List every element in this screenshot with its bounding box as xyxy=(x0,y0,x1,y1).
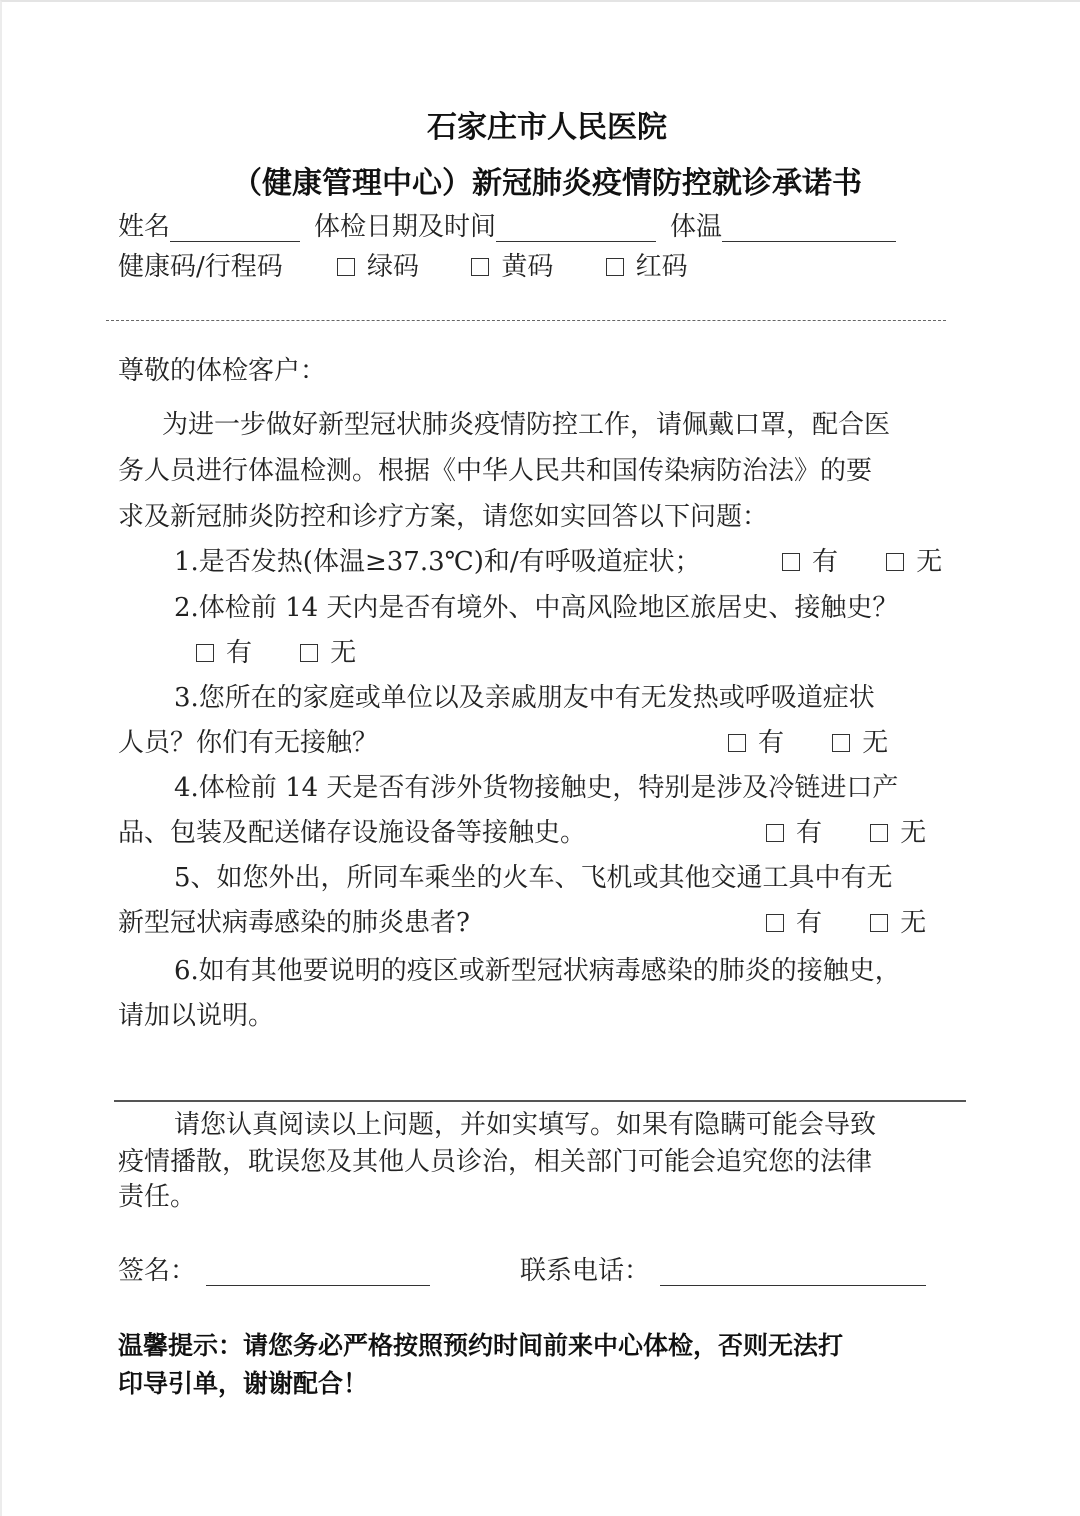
warning-line-2: 疫情播散，耽误您及其他人员诊治，相关部门可能会追究您的法律 xyxy=(118,1147,872,1177)
intro-line-3: 求及新冠肺炎防控和诊疗方案，请您如实回答以下问题： xyxy=(118,502,768,532)
name-label: 姓名 xyxy=(118,212,170,242)
question-3-line-2: 人员？你们有无接触？ xyxy=(118,728,378,758)
temp-label: 体温 xyxy=(670,212,722,242)
q3-yes[interactable]: 有 xyxy=(728,728,784,758)
q5-no[interactable]: 无 xyxy=(870,908,926,938)
q2-yes[interactable]: 有 xyxy=(196,638,252,668)
question-6-line-2: 请加以说明。 xyxy=(118,1001,274,1031)
date-field[interactable] xyxy=(496,217,656,242)
question-2: 2.体检前 14 天内是否有境外、中高风险地区旅居史、接触史？ xyxy=(174,593,898,623)
q3-no[interactable]: 无 xyxy=(832,728,888,758)
dashed-divider xyxy=(106,320,946,321)
signature-field[interactable] xyxy=(206,1261,430,1286)
name-field[interactable] xyxy=(170,217,300,242)
form-title: （健康管理中心）新冠肺炎疫情防控就诊承诺书 xyxy=(2,158,1080,202)
checkbox-icon[interactable] xyxy=(832,734,850,752)
checkbox-icon[interactable] xyxy=(196,644,214,662)
question-2-options: 有 无 xyxy=(196,638,356,668)
q1-no[interactable]: 无 xyxy=(886,547,942,577)
q2-no[interactable]: 无 xyxy=(300,638,356,668)
date-label: 体检日期及时间 xyxy=(314,212,496,242)
temp-field[interactable] xyxy=(722,217,896,242)
health-code-row: 健康码/行程码 绿码 黄码 红码 xyxy=(118,252,688,282)
question-4-line-2: 品、包装及配送储存设施设备等接触史。 xyxy=(118,818,586,848)
checkbox-icon[interactable] xyxy=(337,258,355,276)
intro-line-1: 为进一步做好新型冠状肺炎疫情防控工作，请佩戴口罩，配合医 xyxy=(162,410,890,440)
question-4-options: 有 无 xyxy=(766,818,926,848)
phone-field[interactable] xyxy=(660,1261,926,1286)
option-green-code[interactable]: 绿码 xyxy=(337,252,419,282)
question-1: 1.是否发热(体温≥37.3℃)和/有呼吸道症状； xyxy=(174,547,701,577)
health-code-label: 健康码/行程码 xyxy=(118,252,283,282)
checkbox-icon[interactable] xyxy=(766,824,784,842)
checkbox-icon[interactable] xyxy=(471,258,489,276)
explanation-line[interactable] xyxy=(114,1100,966,1102)
checkbox-icon[interactable] xyxy=(870,914,888,932)
question-5-line-2: 新型冠状病毒感染的肺炎患者? xyxy=(118,908,470,938)
checkbox-icon[interactable] xyxy=(728,734,746,752)
warning-line-1: 请您认真阅读以上问题，并如实填写。如果有隐瞒可能会导致 xyxy=(174,1110,876,1140)
tip-line-2: 印导引单，谢谢配合！ xyxy=(118,1364,368,1400)
phone-label: 联系电话： xyxy=(520,1256,650,1286)
option-yellow-code[interactable]: 黄码 xyxy=(471,252,553,282)
option-red-code[interactable]: 红码 xyxy=(606,252,688,282)
warning-line-3: 责任。 xyxy=(118,1182,196,1212)
q4-no[interactable]: 无 xyxy=(870,818,926,848)
question-4-line-1: 4.体检前 14 天是否有涉外货物接触史，特别是涉及冷链进口产 xyxy=(174,773,898,803)
checkbox-icon[interactable] xyxy=(766,914,784,932)
checkbox-icon[interactable] xyxy=(606,258,624,276)
checkbox-icon[interactable] xyxy=(300,644,318,662)
checkbox-icon[interactable] xyxy=(870,824,888,842)
info-row: 姓名体检日期及时间体温 xyxy=(118,212,910,242)
question-1-options: 有 无 xyxy=(782,547,942,577)
hospital-title: 石家庄市人民医院 xyxy=(2,102,1080,146)
question-5-options: 有 无 xyxy=(766,908,926,938)
q1-yes[interactable]: 有 xyxy=(782,547,838,577)
tip-line-1: 温馨提示：请您务必严格按照预约时间前来中心体检，否则无法打 xyxy=(118,1326,843,1362)
checkbox-icon[interactable] xyxy=(782,553,800,571)
signature-row: 签名：联系电话： xyxy=(118,1256,940,1286)
intro-line-2: 务人员进行体温检测。根据《中华人民共和国传染病防治法》的要 xyxy=(118,456,872,486)
salutation: 尊敬的体检客户： xyxy=(118,356,326,386)
question-6-line-1: 6.如有其他要说明的疫区或新型冠状病毒感染的肺炎的接触史， xyxy=(174,956,901,986)
q5-yes[interactable]: 有 xyxy=(766,908,822,938)
question-3-options: 有 无 xyxy=(728,728,888,758)
question-5-line-1: 5、如您外出，所同车乘坐的火车、飞机或其他交通工具中有无 xyxy=(174,863,893,893)
signature-label: 签名： xyxy=(118,1256,196,1286)
checkbox-icon[interactable] xyxy=(886,553,904,571)
q4-yes[interactable]: 有 xyxy=(766,818,822,848)
question-3-line-1: 3.您所在的家庭或单位以及亲戚朋友中有无发热或呼吸道症状 xyxy=(174,683,875,713)
